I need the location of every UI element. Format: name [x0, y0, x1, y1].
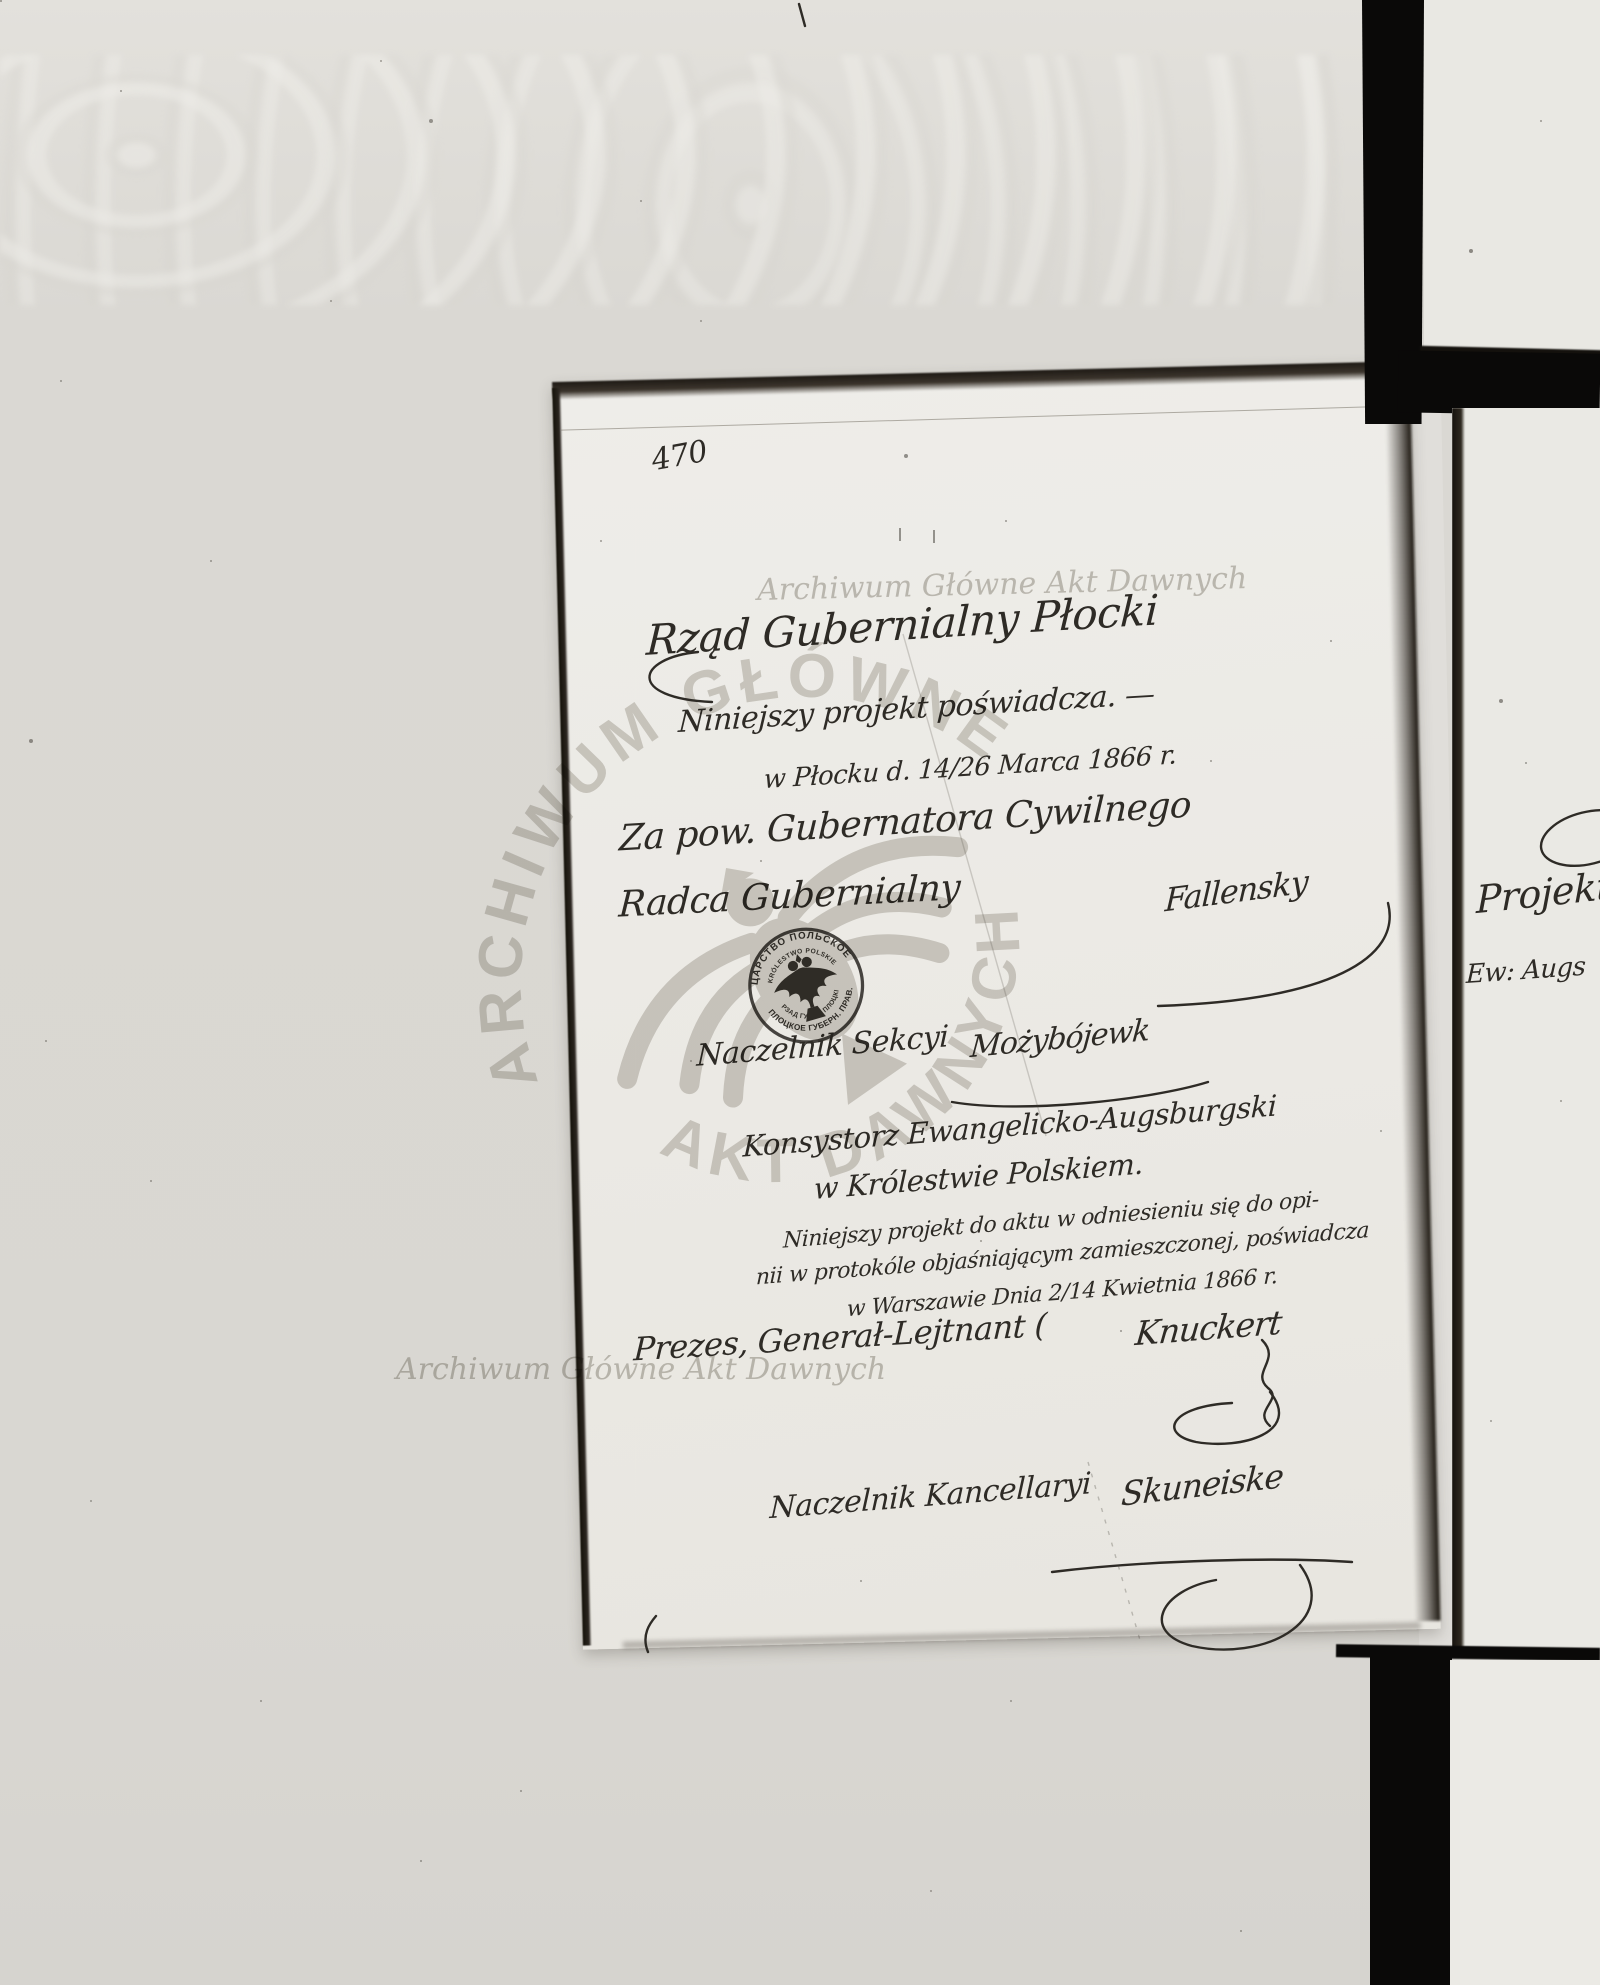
page-bottom-edge	[623, 1622, 1421, 1648]
page-number: 470	[649, 434, 710, 478]
page-top-edge	[552, 361, 1410, 400]
dust-specks	[0, 0, 2, 2]
film-band-horizontal	[1397, 350, 1600, 416]
paper-texture-ornament	[0, 55, 1365, 305]
page-fragment-bottom-right	[1450, 1660, 1600, 1985]
signature-radca: Fallensky	[1164, 862, 1309, 919]
film-band-bottom	[1370, 1652, 1452, 1985]
line-naczelnik-kancellaryi: Naczelnik Kancellaryi	[769, 1466, 1091, 1526]
next-page-left-edge	[1452, 408, 1465, 1652]
next-page-title: Projekt	[1476, 864, 1600, 922]
archive-watermark-bottom: Archiwum Główne Akt Dawnych	[396, 1352, 886, 1387]
signature-kancellaryi: Skuneiske	[1120, 1456, 1284, 1514]
archival-scan: 470 Archiwum Główne Akt Dawnych Rząd Gub…	[0, 0, 1600, 1985]
next-page-subtitle: Ew: Augs	[1465, 952, 1586, 991]
next-page-partial: Projekt Ew: Augs	[1452, 408, 1600, 1652]
mark-top-tick	[799, 4, 805, 26]
page-inner-crease	[561, 405, 1409, 430]
page-fragment-top-right	[1424, 0, 1600, 352]
agad-eagle-watermark: ARCHIWUM GŁÓWNE AKT DAWNYCH	[400, 555, 1160, 1315]
